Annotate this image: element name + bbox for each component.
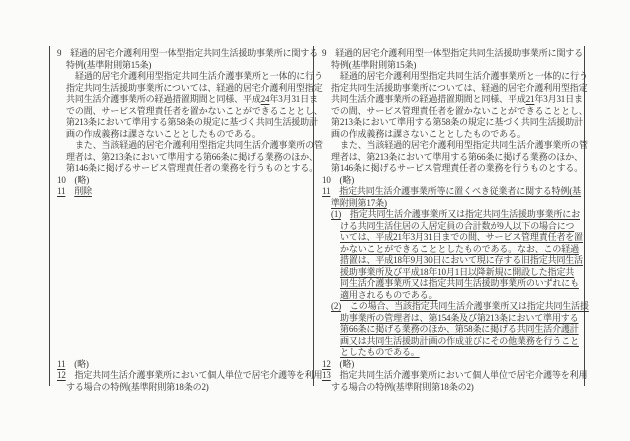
underlined-text: ける共同生活住居の入居定員の合計数が9人以下の場合につ [340,221,574,231]
text-line: 第213条において準用する第58条の規定に基づく共同生活援助計 [322,117,589,129]
comparison-table: 9 経過的居宅介護利用型一体型指定共同生活援助事業所に関する特例(基準附則第15… [49,46,585,386]
text-line: 第146条に掲げるサービス管理責任者の業務を行うものとする。 [322,163,589,175]
new-text-column: 9 経過的居宅介護利用型一体型指定共同生活援助事業所に関する特例(基準附則第15… [314,46,591,386]
text-segment [341,209,350,219]
text-segment: 年3月31日ま [534,94,582,104]
text-line: 経過的居宅介護利用型指定共同生活介護事業所と一体的に行う [322,71,589,83]
text-segment: また、当該経過的居宅介護利用型指定共同生活介護事業所の管 [340,140,588,150]
text-line: 10 (略) [57,175,311,187]
underlined-text: かないことができることとしたものである。なお、この経過 [340,244,579,254]
text-segment: する場合の特例(基準附則第18条の2) [331,382,474,392]
blank-line [57,255,311,267]
underlined-text: 措置は、平成18年9月30日において現に存する旧指定共同生活 [340,255,583,265]
blank-line [57,313,311,325]
blank-line [57,209,311,221]
text-line: 第146条に掲げるサービス管理責任者の業務を行うものとする。 [57,163,311,175]
text-segment [330,186,339,196]
text-segment: 年3月31日ま [269,94,317,104]
text-line: 共同生活介護事業所の経過措置期間と同様、平成24年3月31日ま [57,94,311,106]
text-line: での間、サービス管理責任者を置かないことができることとし、 [57,106,311,118]
text-segment: での間、サービス管理責任者を置かないことができることとし、 [66,106,323,116]
underlined-text: いては、平成21年3月31日までの間、サービス管理責任者を置 [340,232,583,242]
underlined-text: 指定共同生活介護事業所又は指定共同生活援助事業所にお [350,209,580,219]
blank-line [57,336,311,348]
text-line: 11 削除 [57,186,311,198]
underlined-text: 準附則第17条) [331,198,387,208]
text-segment: 画の作成義務は課さないこととしたものである。 [331,129,526,139]
underlined-text: (1) [331,209,341,219]
text-line: 指定共同生活援助事業所については、経過的居宅介護利用型指定 [57,83,311,95]
text-line: 12 (略) [322,359,589,371]
text-segment: 経過的居宅介護利用型指定共同生活介護事業所と一体的に行う [75,71,323,81]
text-line: 適用されるものである。 [322,290,589,302]
text-segment: 9 経過的居宅介護利用型一体型指定共同生活援助事業所に関する [57,48,318,58]
blank-line [57,221,311,233]
text-segment [341,301,350,311]
text-line: 9 経過的居宅介護利用型一体型指定共同生活援助事業所に関する [57,48,311,60]
text-segment: 10 (略) [322,175,354,185]
text-line: 理者は、第213条において準用する第66条に掲げる業務のほか、 [57,152,311,164]
text-line: かないことができることとしたものである。なお、この経過 [322,244,589,256]
text-segment: 共同生活介護事業所の経過措置期間と同様、平成 [66,94,261,104]
text-segment: 指定共同生活援助事業所については、経過的居宅介護利用型指定 [66,83,322,93]
text-segment: 理者は、第213条において準用する第66条に掲げる業務のほか、 [66,152,318,162]
text-segment: 画の作成義務は課さないこととしたものである。 [66,129,261,139]
text-line: 特例(基準附則第15条) [322,60,589,72]
text-line: 11 指定共同生活介護事業所等に置くべき従業者に関する特例(基 [322,186,589,198]
underlined-text: としたものである。 [340,347,420,357]
old-text-column: 9 経過的居宅介護利用型一体型指定共同生活援助事業所に関する特例(基準附則第15… [50,46,314,386]
text-line: 13 指定共同生活介護事業所において個人単位で居宅介護等を利用 [322,370,589,382]
underlined-text: 指定共同生活介護事業所等に置くべき従業者に関する特例(基 [339,186,581,196]
text-line: 第213条において準用する第58条の規定に基づく共同生活援助計 [57,117,311,129]
blank-line [57,301,311,313]
text-line: (1) 指定共同生活介護事業所又は指定共同生活援助事業所にお [322,209,589,221]
text-line: する場合の特例(基準附則第18条の2) [322,382,589,394]
text-line: 援助事業所及び平成18年10月1日以降新規に開設した指定共 [322,267,589,279]
text-line: 10 (略) [322,175,589,187]
underlined-text: 12 [322,359,331,369]
text-line: 助事業所の管理者は、第154条及び第213条において準用する [322,313,589,325]
text-line: また、当該経過的居宅介護利用型指定共同生活介護事業所の管 [57,140,311,152]
underlined-text: 画又は共同生活援助計画の作成並びにその他業務を行うこと [340,336,579,346]
underlined-text: 適用されるものである。 [340,290,437,300]
text-segment: 共同生活介護事業所の経過措置期間と同様、平成 [331,94,526,104]
blank-line [57,267,311,279]
text-line: 特例(基準附則第15条) [57,60,311,72]
underlined-text: 援助事業所及び平成18年10月1日以降新規に開設した指定共 [340,267,574,277]
text-segment: 指定共同生活介護事業所において個人単位で居宅介護等を利用 [66,370,323,380]
underlined-text: 12 [57,370,66,380]
text-line: 措置は、平成18年9月30日において現に存する旧指定共同生活 [322,255,589,267]
text-segment: 第146条に掲げるサービス管理責任者の業務を行うものとする。 [331,163,583,173]
text-line: いては、平成21年3月31日までの間、サービス管理責任者を置 [322,232,589,244]
text-line: ける共同生活住居の入居定員の合計数が9人以下の場合につ [322,221,589,233]
text-line: 12 指定共同生活介護事業所において個人単位で居宅介護等を利用 [57,370,311,382]
blank-line [57,232,311,244]
text-segment: 経過的居宅介護利用型指定共同生活介護事業所と一体的に行う [340,71,588,81]
text-line: する場合の特例(基準附則第18条の2) [57,382,311,394]
text-segment: 第213条において準用する第58条の規定に基づく共同生活援助計 [331,117,583,127]
text-line: 理者は、第213条において準用する第66条に掲げる業務のほか、 [322,152,589,164]
text-segment: 9 経過的居宅介護利用型一体型指定共同生活援助事業所に関する [322,48,583,58]
text-segment: 特例(基準附則第15条) [331,60,416,70]
underlined-text: 同生活介護事業所又は指定共同生活援助事業所のいずれにも [340,278,579,288]
text-segment: 10 (略) [57,175,89,185]
underlined-text: 削除 [74,186,92,196]
text-segment: 第146条に掲げるサービス管理責任者の業務を行うものとする。 [66,163,318,173]
blank-line [57,198,311,210]
text-segment: での間、サービス管理責任者を置かないことができることとし、 [331,106,588,116]
text-line: 11 (略) [57,359,311,371]
text-line: としたものである。 [322,347,589,359]
text-segment: 指定共同生活介護事業所において個人単位で居宅介護等を利用 [331,370,588,380]
underlined-text: 第66条に掲げる業務のほか、第58条に掲げる共同生活介護計 [340,324,579,334]
text-line: 準附則第17条) [322,198,589,210]
blank-line [57,347,311,359]
text-segment: する場合の特例(基準附則第18条の2) [66,382,209,392]
text-segment [65,186,74,196]
text-line: 画の作成義務は課さないこととしたものである。 [57,129,311,141]
underlined-text: この場合、当該指定共同生活介護事業所又は指定共同生活援 [350,301,589,311]
document-page: 9 経過的居宅介護利用型一体型指定共同生活援助事業所に関する特例(基準附則第15… [0,0,630,441]
text-segment: また、当該経過的居宅介護利用型指定共同生活介護事業所の管 [75,140,323,150]
text-line: 画の作成義務は課さないこととしたものである。 [322,129,589,141]
text-line: また、当該経過的居宅介護利用型指定共同生活介護事業所の管 [322,140,589,152]
text-line: 経過的居宅介護利用型指定共同生活介護事業所と一体的に行う [57,71,311,83]
blank-line [57,244,311,256]
text-line: 指定共同生活援助事業所については、経過的居宅介護利用型指定 [322,83,589,95]
text-line: での間、サービス管理責任者を置かないことができることとし、 [322,106,589,118]
blank-line [57,278,311,290]
text-line: (2) この場合、当該指定共同生活介護事業所又は指定共同生活援 [322,301,589,313]
text-segment: (略) [331,359,354,369]
text-segment: 理者は、第213条において準用する第66条に掲げる業務のほか、 [331,152,583,162]
text-line: 第66条に掲げる業務のほか、第58条に掲げる共同生活介護計 [322,324,589,336]
text-segment: 特例(基準附則第15条) [66,60,151,70]
blank-line [57,324,311,336]
text-line: 画又は共同生活援助計画の作成並びにその他業務を行うこと [322,336,589,348]
text-line: 同生活介護事業所又は指定共同生活援助事業所のいずれにも [322,278,589,290]
text-line: 共同生活介護事業所の経過措置期間と同様、平成21年3月31日ま [322,94,589,106]
text-segment: (略) [65,359,88,369]
text-line: 9 経過的居宅介護利用型一体型指定共同生活援助事業所に関する [322,48,589,60]
underlined-text: (2) [331,301,341,311]
blank-line [57,290,311,302]
text-segment: 指定共同生活援助事業所については、経過的居宅介護利用型指定 [331,83,587,93]
underlined-text: 助事業所の管理者は、第154条及び第213条において準用する [340,313,579,323]
underlined-text: 13 [322,370,331,380]
text-segment: 第213条において準用する第58条の規定に基づく共同生活援助計 [66,117,318,127]
